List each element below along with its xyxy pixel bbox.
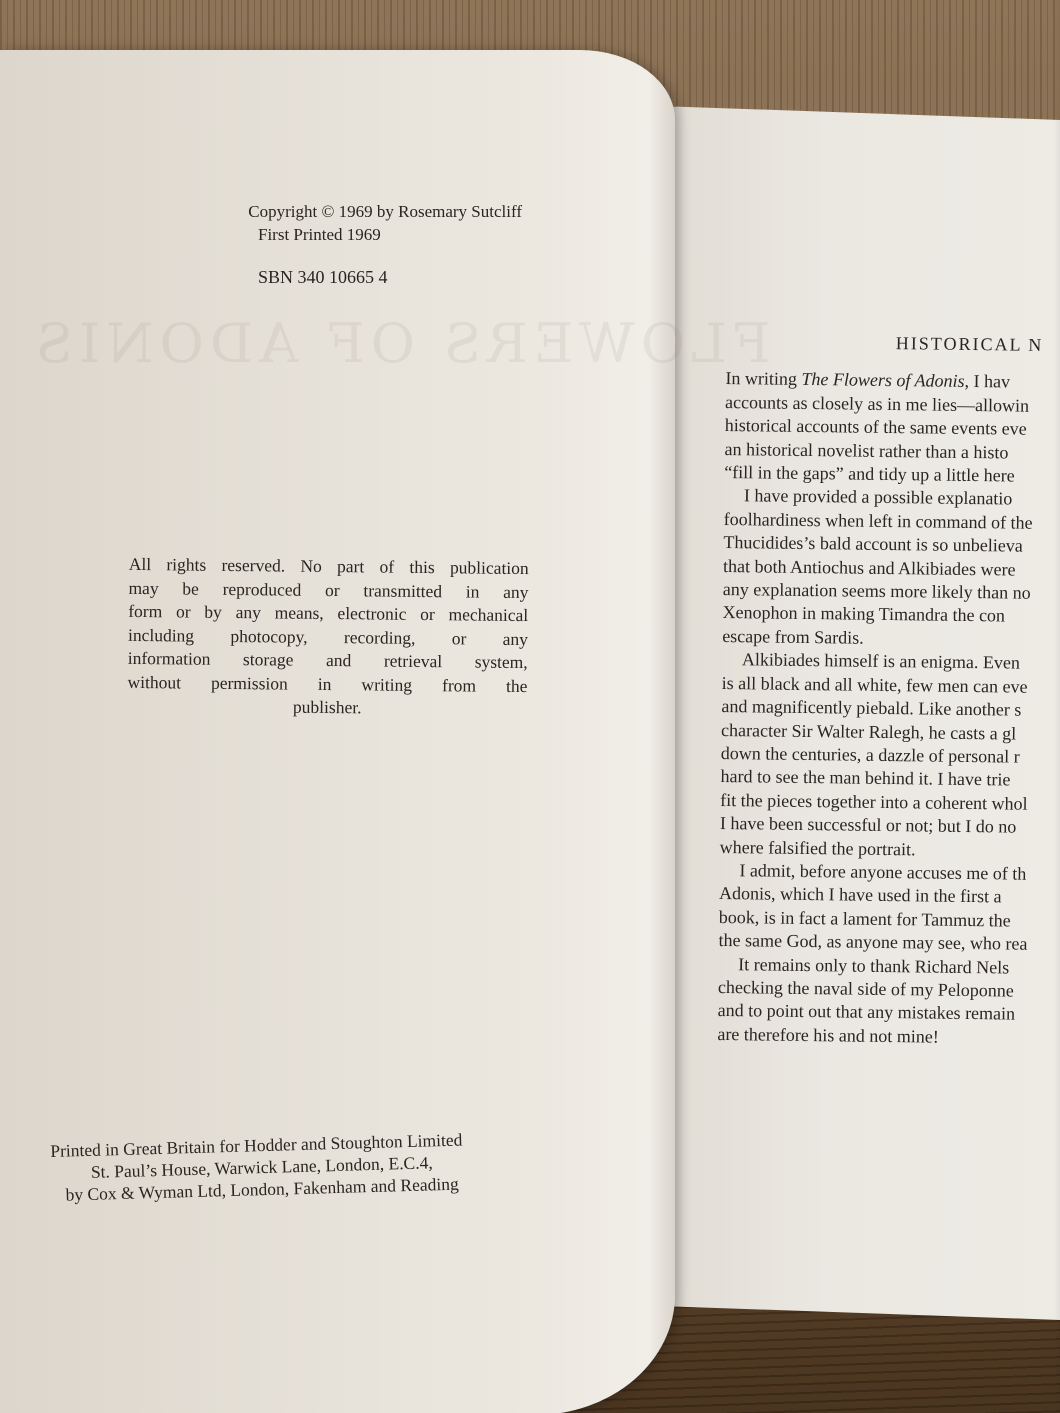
historical-note: HISTORICAL N In writing The Flowers of A… [717, 330, 1060, 1051]
copyright-line: Copyright © 1969 by Rosemary Sutcliff [150, 200, 530, 223]
show-through-title: FLOWERS OF ADONIS [30, 312, 770, 375]
edge-shadow [1054, 0, 1060, 1413]
rights-notice: All rights reserved. No part of this pub… [127, 553, 529, 722]
sbn-number: SBN 340 10665 4 [150, 266, 530, 289]
book-title: The Flowers of Adonis [801, 369, 964, 391]
first-printed-line: First Printed 1969 [150, 223, 530, 246]
rights-line: form or by any means, electronic or mech… [128, 600, 528, 628]
copyright-block: Copyright © 1969 by Rosemary Sutcliff Fi… [150, 200, 530, 289]
historical-note-body: In writing The Flowers of Adonis, I hava… [717, 367, 1060, 1051]
rights-line: without permission in writing from the [127, 670, 527, 698]
rights-line: publisher. [127, 694, 527, 722]
rights-line: information storage and retrieval system… [128, 647, 528, 675]
historical-note-heading: HISTORICAL N [726, 330, 1060, 359]
rights-line: All rights reserved. No part of this pub… [129, 553, 529, 581]
